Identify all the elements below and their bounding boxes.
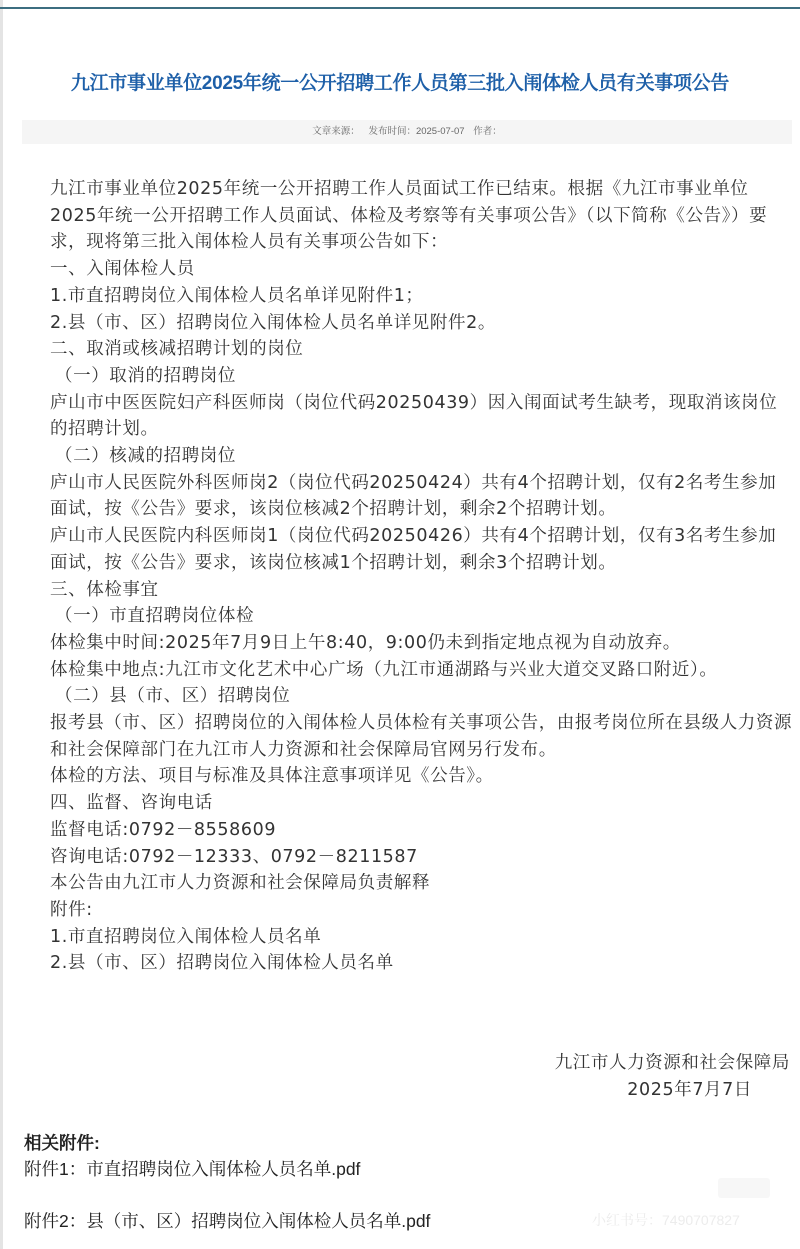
subsection-heading: （二）县（市、区）招聘岗位 <box>24 683 794 710</box>
attachments-heading: 相关附件: <box>24 1130 724 1156</box>
paragraph: 体检集中地点:九江市文化艺术中心广场（九江市通湖路与兴业大道交叉路口附近）。 <box>24 657 794 684</box>
supervision-phone: 监督电话:0792－8558609 <box>24 817 794 844</box>
meta-author-label: 作者： <box>473 126 502 137</box>
attachment-filename: 市直招聘岗位入闱体检人员名单.pdf <box>86 1159 360 1179</box>
paragraph: 庐山市中医医院妇产科医师岗（岗位代码20250439）因入闱面试考生缺考，现取消… <box>24 390 794 443</box>
subsection-heading: （一）取消的招聘岗位 <box>24 363 794 390</box>
subsection-heading: （一）市直招聘岗位体检 <box>24 603 794 630</box>
meta-publish-label: 发布时间： <box>368 126 416 137</box>
paragraph: 本公告由九江市人力资源和社会保障局负责解释 <box>24 870 794 897</box>
section-heading-4: 四、监督、咨询电话 <box>24 790 794 817</box>
section-heading-2: 二、取消或核减招聘计划的岗位 <box>24 336 794 363</box>
signature-date: 2025年7月7日 <box>390 1077 790 1104</box>
paragraph: 报考县（市、区）招聘岗位的入闱体检人员体检有关事项公告，由报考岗位所在县级人力资… <box>24 710 794 763</box>
article-body: 九江市事业单位2025年统一公开招聘工作人员面试工作已结束。根据《九江市事业单位… <box>24 176 794 977</box>
list-item: 2.县（市、区）招聘岗位入闱体检人员名单详见附件2。 <box>24 310 794 337</box>
section-heading-3: 三、体检事宜 <box>24 577 794 604</box>
section-heading-1: 一、入闱体检人员 <box>24 256 794 283</box>
consult-phone: 咨询电话:0792－12333、0792－8211587 <box>24 844 794 871</box>
attachment-filename: 县（市、区）招聘岗位入闱体检人员名单.pdf <box>86 1211 430 1231</box>
top-divider <box>0 7 800 9</box>
watermark-text: 小红书号：7490707827 <box>592 1210 740 1230</box>
signature-org: 九江市人力资源和社会保障局 <box>390 1050 790 1077</box>
attachment-label: 附件2： <box>24 1211 86 1231</box>
subsection-heading: （二）核减的招聘岗位 <box>24 443 794 470</box>
meta-publish: 发布时间：2025-07-07 <box>368 126 464 137</box>
meta-source-label: 文章来源： <box>312 126 360 137</box>
paragraph: 体检的方法、项目与标准及具体注意事项详见《公告》。 <box>24 763 794 790</box>
paragraph-intro: 九江市事业单位2025年统一公开招聘工作人员面试工作已结束。根据《九江市事业单位… <box>24 176 794 256</box>
page-left-border <box>0 0 3 1249</box>
attachment-label: 附件1： <box>24 1159 86 1179</box>
attachments-label: 附件: <box>24 897 794 924</box>
article-meta-bar: 文章来源： 发布时间：2025-07-07 作者： <box>22 120 792 144</box>
paragraph: 体检集中时间:2025年7月9日上午8:40，9:00仍未到指定地点视为自动放弃… <box>24 630 794 657</box>
signature-block: 九江市人力资源和社会保障局 2025年7月7日 <box>390 1050 790 1104</box>
paragraph: 庐山市人民医院外科医师岗2（岗位代码20250424）共有4个招聘计划，仅有2名… <box>24 470 794 523</box>
page-title: 九江市事业单位2025年统一公开招聘工作人员第三批入闱体检人员有关事项公告 <box>0 68 800 95</box>
watermark-logo <box>718 1178 770 1198</box>
list-item: 1.市直招聘岗位入闱体检人员名单 <box>24 924 794 951</box>
attachment-link-1[interactable]: 附件1：市直招聘岗位入闱体检人员名单.pdf <box>24 1156 724 1182</box>
list-item: 2.县（市、区）招聘岗位入闱体检人员名单 <box>24 950 794 977</box>
meta-publish-date: 2025-07-07 <box>416 126 465 137</box>
paragraph: 庐山市人民医院内科医师岗1（岗位代码20250426）共有4个招聘计划，仅有3名… <box>24 523 794 576</box>
list-item: 1.市直招聘岗位入闱体检人员名单详见附件1； <box>24 283 794 310</box>
